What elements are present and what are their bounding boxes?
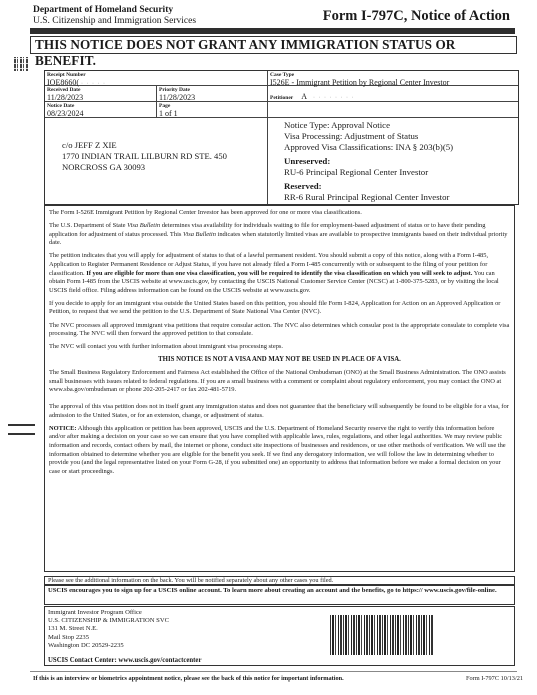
- petitioner-name: A: [299, 92, 309, 101]
- additional-info-note: Please see the additional information on…: [44, 576, 515, 585]
- notice-info: Notice Type: Approval Notice Visa Proces…: [284, 120, 453, 203]
- visa-processing: Visa Processing: Adjustment of Status: [284, 131, 453, 142]
- form-version: Form I-797C 10/13/21: [466, 675, 523, 682]
- paragraph: The Form I-526E Immigrant Petition by Re…: [49, 209, 510, 218]
- notice-date: 08/23/2024: [45, 109, 156, 118]
- paragraph: If you decide to apply for an immigrant …: [49, 300, 510, 317]
- agency-name: Department of Homeland Security: [33, 5, 196, 16]
- mailing-address-cell: c/o JEFF Z XIE 1770 INDIAN TRAIL LILBURN…: [45, 118, 268, 204]
- margin-mark: [8, 433, 35, 435]
- notice-date-cell: Notice Date 08/23/2024: [45, 102, 157, 118]
- notice-type: Notice Type: Approval Notice: [284, 120, 453, 131]
- agency-subname: U.S. Citizenship and Immigration Service…: [33, 16, 196, 27]
- header-divider-bar: [30, 28, 515, 34]
- received-date: 11/28/2023: [45, 93, 156, 102]
- paragraph: NOTICE: Although this application or pet…: [49, 425, 510, 477]
- unreserved-value: RU-6 Principal Regional Center Investor: [284, 167, 453, 178]
- office-line: Mail Stop 2235: [48, 634, 169, 642]
- case-type-label: Case Type: [268, 71, 518, 78]
- received-date-label: Received Date: [45, 86, 156, 93]
- notice-body: The Form I-526E Immigrant Petition by Re…: [44, 205, 515, 572]
- office-line: Washington DC 20529-2235: [48, 642, 169, 650]
- paragraph: The petition indicates that you will app…: [49, 252, 510, 295]
- paragraph: The approval of this visa petition does …: [49, 403, 510, 420]
- petitioner-label: Petitioner: [268, 94, 295, 101]
- paragraph: The NVC will contact you with further in…: [49, 343, 510, 352]
- status-disclaimer-banner: THIS NOTICE DOES NOT GRANT ANY IMMIGRATI…: [30, 36, 517, 54]
- paragraph: The U.S. Department of State Visa Bullet…: [49, 222, 510, 248]
- barcode-icon: [330, 615, 434, 655]
- reserved-value: RR-6 Rural Principal Regional Center Inv…: [284, 192, 453, 203]
- notice-date-label: Notice Date: [45, 102, 156, 109]
- paragraph: The NVC processes all approved immigrant…: [49, 322, 510, 339]
- priority-date: 11/28/2023: [157, 93, 267, 102]
- receipt-number-label: Receipt Number: [45, 71, 267, 78]
- footer-divider: [30, 671, 517, 672]
- qr-code-overlay: [14, 57, 28, 71]
- office-line: Immigrant Investor Program Office: [48, 609, 169, 617]
- petitioner-cell: Petitioner A · · · · · · · ·: [268, 86, 518, 102]
- contact-center: USCIS Contact Center: www.uscis.gov/cont…: [48, 657, 201, 664]
- receipt-number-cell: Receipt Number IOE8660( · · · · ·: [45, 71, 268, 86]
- paragraph: The Small Business Regulatory Enforcemen…: [49, 369, 510, 395]
- blank-cell: [268, 102, 518, 118]
- agency-header: Department of Homeland Security U.S. Cit…: [33, 5, 196, 27]
- margin-mark: [8, 424, 35, 426]
- notice-info-cell: Notice Type: Approval Notice Visa Proces…: [268, 118, 518, 204]
- form-title: Form I-797C, Notice of Action: [323, 8, 510, 25]
- mailing-address: c/o JEFF Z XIE 1770 INDIAN TRAIL LILBURN…: [62, 140, 227, 173]
- priority-date-cell: Priority Date 11/28/2023: [157, 86, 268, 102]
- reserved-heading: Reserved:: [284, 181, 453, 192]
- footer-note: If this is an interview or biometrics ap…: [33, 675, 344, 682]
- redacted-text: · · · · · · · ·: [313, 95, 354, 101]
- return-address-box: Immigrant Investor Program Office U.S. C…: [44, 606, 515, 666]
- not-a-visa-notice: THIS NOTICE IS NOT A VISA AND MAY NOT BE…: [49, 356, 510, 365]
- page-cell: Page 1 of 1: [157, 102, 268, 118]
- priority-date-label: Priority Date: [157, 86, 267, 93]
- unreserved-heading: Unreserved:: [284, 156, 453, 167]
- page-label: Page: [157, 102, 267, 109]
- online-account-note: USCIS encourages you to sign up for a US…: [44, 585, 515, 605]
- page-number: 1 of 1: [157, 109, 267, 118]
- address-line: NORCROSS GA 30093: [62, 162, 227, 173]
- received-date-cell: Received Date 11/28/2023: [45, 86, 157, 102]
- office-line: U.S. CITIZENSHIP & IMMIGRATION SVC: [48, 617, 169, 625]
- visa-classifications: Approved Visa Classifications: INA § 203…: [284, 142, 453, 153]
- office-line: 131 M. Street N.E.: [48, 625, 169, 633]
- case-type-cell: Case Type I526E - Immigrant Petition by …: [268, 71, 518, 86]
- address-line: c/o JEFF Z XIE: [62, 140, 227, 151]
- address-line: 1770 INDIAN TRAIL LILBURN RD STE. 450: [62, 151, 227, 162]
- office-address: Immigrant Investor Program Office U.S. C…: [48, 609, 169, 650]
- case-details-box: Receipt Number IOE8660( · · · · · Case T…: [44, 70, 519, 205]
